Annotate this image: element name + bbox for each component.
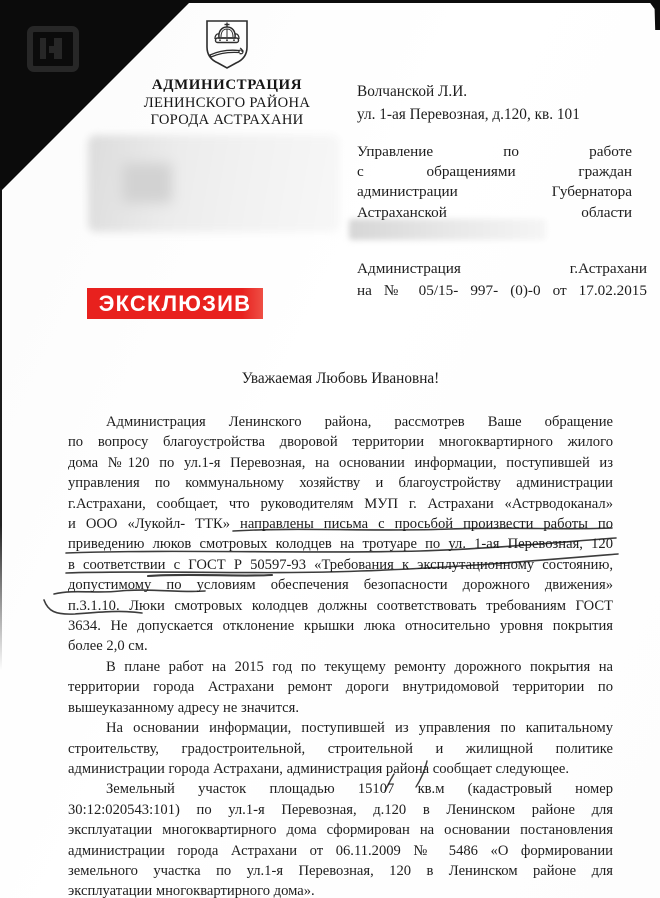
salutation: Уважаемая Любовь Ивановна! [68,370,613,388]
paragraph: Земельный участок площадью 15107 кв.м (к… [68,779,613,898]
text-line: администрации города Астрахани, админист… [68,759,613,779]
scanned-letter-page: АДМИНИСТРАЦИЯ ЛЕНИНСКОГО РАЙОНА ГОРОДА А… [0,0,660,898]
text-line: Администрация Ленинского района, рассмот… [68,412,613,432]
text-line: Астраханской области [357,203,632,223]
text-line: Администрация г.Астрахани [357,258,647,280]
text-line: администрации Губернатора [357,182,632,202]
text-line: земельного участка по ул.1-я Перевозная,… [68,861,613,881]
text-line: территории города Астрахани ремонт дорог… [68,677,613,697]
paragraph: На основании информации, поступившей из … [68,718,613,779]
text-line: строительству, градостроительной, строит… [68,739,613,759]
text-line: На основании информации, поступившей из … [68,718,613,738]
recipient-block: Волчанской Л.И. ул. 1-ая Перевозная, д.1… [357,80,632,126]
recipient-address: ул. 1-ая Перевозная, д.120, кв. 101 [357,103,632,126]
text-line: дома №120 по ул.1-я Перевозная, на основ… [68,453,613,473]
text-line: Управление по работе [357,142,632,162]
text-line: эксплуатации многоквартирного дома». [68,881,613,898]
text-line: по вопросу благоустройства дворовой терр… [68,432,613,452]
scan-corner-mark [648,0,660,30]
paragraph: В плане работ на 2015 год по текущему ре… [68,657,613,718]
text-line: в соответствии с ГОСТ Р 50597-93 «Требов… [68,555,613,575]
text-line: 3634. Не допускается отклонение крышки л… [68,616,613,636]
text-line: 30:12:020543:101) по ул.1-я Перевозная, … [68,800,613,820]
text-line: г.Астрахани, сообщает, что руководителям… [68,494,613,514]
recipient-organization: Управление по работес обращениями гражда… [357,142,632,223]
letterhead-line-2: ЛЕНИНСКОГО РАЙОНА [108,95,346,113]
text-line: управления по коммунальному хозяйству и … [68,473,613,493]
text-line: более 2,0 см. [68,636,613,656]
text-line: допустимому по условиям обеспечения безо… [68,575,613,595]
redacted-region-left [88,135,340,232]
text-line: и ООО «Лукойл- ТТК» направлены письма с … [68,514,613,534]
text-line: приведению люков смотровых колодцев на т… [68,534,613,554]
text-line: Земельный участок площадью 15107 кв.м (к… [68,779,613,799]
life-logo-icon [26,25,80,78]
paragraph: Администрация Ленинского района, рассмот… [68,412,613,657]
redacted-stamp [122,163,172,203]
letterhead-line-3: ГОРОДА АСТРАХАНИ [108,112,346,130]
coat-of-arms-icon [203,18,251,75]
copy-reference-block: Администрация г.Астраханина № 05/15- 997… [357,258,647,302]
recipient-name: Волчанской Л.И. [357,80,632,103]
letter-body: Администрация Ленинского района, рассмот… [68,412,613,898]
text-line: администрации города Астрахани от 06.11.… [68,841,613,861]
text-line: вышеуказанному адресу не значится. [68,698,613,718]
text-line: эксплуатации многоквартирного дома сформ… [68,820,613,840]
text-line: В плане работ на 2015 год по текущему ре… [68,657,613,677]
exclusive-badge: ЭКСКЛЮЗИВ [87,288,263,319]
text-line: на № 05/15- 997- (0)-0 от 17.02.2015 [357,280,647,302]
letterhead: АДМИНИСТРАЦИЯ ЛЕНИНСКОГО РАЙОНА ГОРОДА А… [108,77,346,130]
letterhead-line-1: АДМИНИСТРАЦИЯ [108,77,346,95]
text-line: с обращениями граждан [357,162,632,182]
scan-left-edge [0,188,2,670]
text-line: п.3.1.10. Люки смотровых колодцев должны… [68,596,613,616]
